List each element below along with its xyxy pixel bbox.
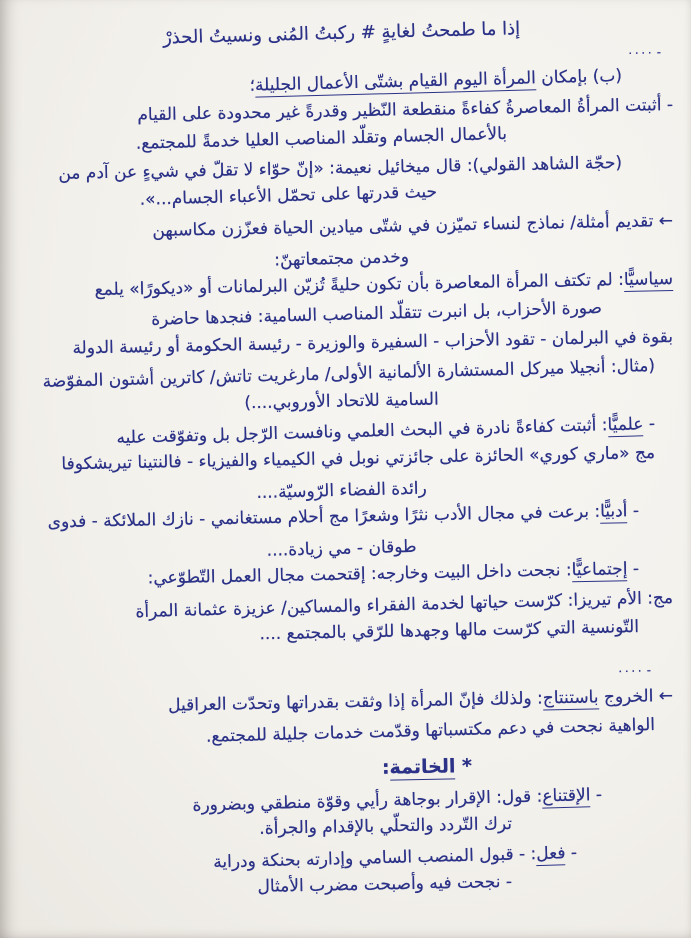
thesis-underlined: المرأة اليوم القيام بشتّى الأعمال الجليل… xyxy=(255,68,536,97)
inference-underlined: باستنتاج xyxy=(543,687,599,710)
literary-heading: أدبيًّا xyxy=(600,501,628,524)
verse-text: إذا ما طمحتُ لغايةٍ # ركبتُ المُنى ونسيت… xyxy=(163,18,521,48)
final-section-heading: * الخاتمة: xyxy=(6,752,472,790)
conclusion-heading: الخاتمة xyxy=(389,755,455,780)
dots-mark: - ٠٠٠٠ xyxy=(617,663,651,678)
scientific-heading: علميًّا xyxy=(607,414,643,437)
social-heading: إجتماعيًّا xyxy=(571,559,627,582)
political-heading: سياسيًّا xyxy=(624,269,674,292)
dots-mark: - ٠٠٠٠ xyxy=(627,45,661,60)
action-heading: فعل xyxy=(536,843,566,866)
conviction-heading: الإقتناع xyxy=(542,785,591,808)
handwritten-page: إذا ما طمحتُ لغايةٍ # ركبتُ المُنى ونسيت… xyxy=(0,0,691,938)
